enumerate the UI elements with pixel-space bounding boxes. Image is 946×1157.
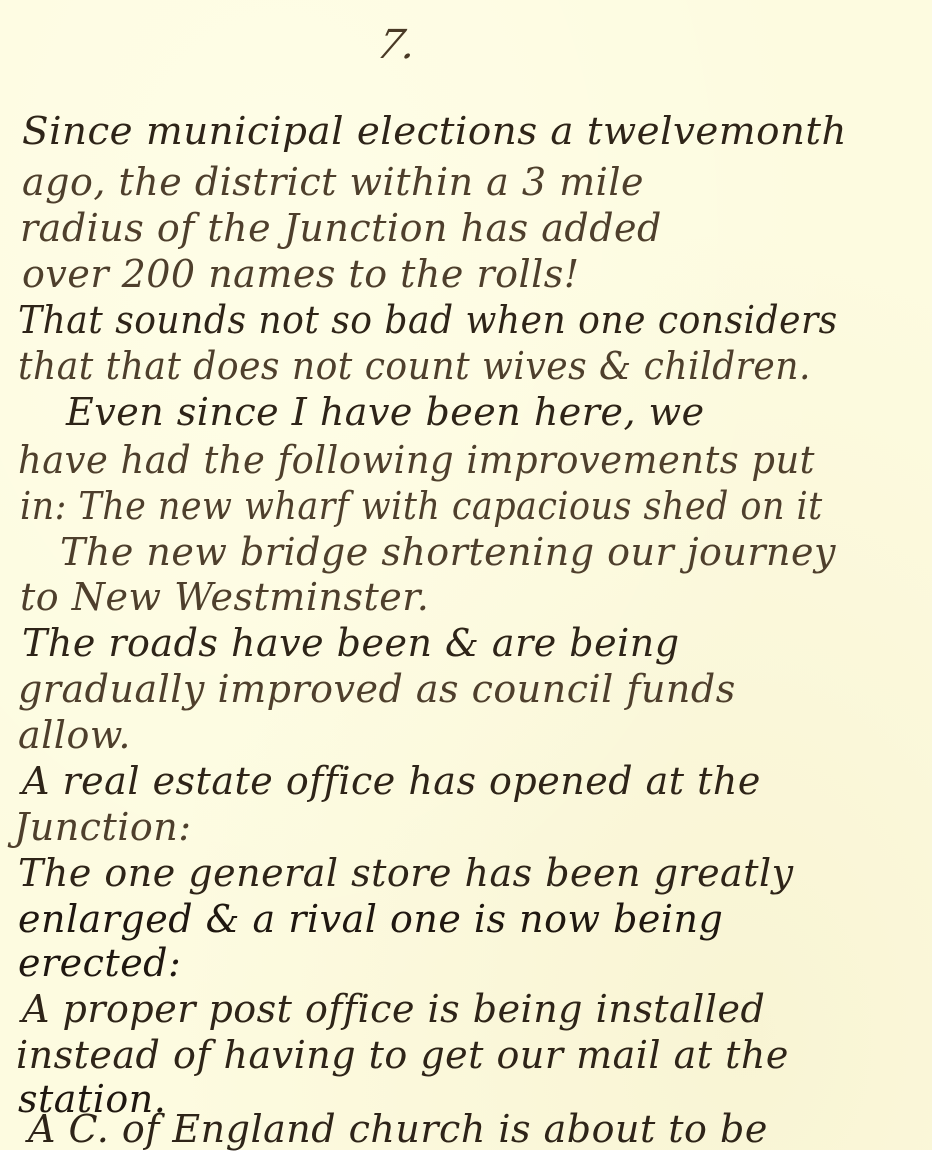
text-line: allow. bbox=[18, 716, 131, 754]
page-number: 7. bbox=[372, 22, 422, 68]
text-line: that that does not count wives & childre… bbox=[18, 347, 811, 385]
text-line: enlarged & a rival one is now being bbox=[18, 900, 723, 938]
letter-page: 7. Since municipal elections a twelvemon… bbox=[0, 0, 932, 1150]
text-line: ago, the district within a 3 mile bbox=[22, 163, 644, 201]
text-line: instead of having to get our mail at the bbox=[16, 1036, 789, 1074]
text-line: A proper post office is being installed bbox=[22, 990, 765, 1028]
text-line: radius of the Junction has added bbox=[20, 209, 662, 247]
text-line: The new bridge shortening our journey bbox=[60, 533, 836, 571]
text-line: Junction: bbox=[14, 808, 192, 846]
text-line: That sounds not so bad when one consider… bbox=[18, 301, 838, 339]
text-line: gradually improved as council funds bbox=[18, 670, 736, 708]
text-line: over 200 names to the rolls! bbox=[22, 255, 580, 293]
text-line: A real estate office has opened at the bbox=[22, 762, 761, 800]
text-line: Even since I have been here, we bbox=[66, 393, 705, 431]
text-line: erected: bbox=[18, 944, 181, 982]
text-line: Since municipal elections a twelvemonth bbox=[22, 112, 847, 150]
text-line: in: The new wharf with capacious shed on… bbox=[20, 487, 823, 525]
text-line: have had the following improvements put bbox=[18, 441, 815, 479]
text-line: The one general store has been greatly bbox=[18, 854, 794, 892]
text-line: The roads have been & are being bbox=[22, 624, 680, 662]
text-line: to New Westminster. bbox=[20, 578, 429, 616]
text-line: A C. of England church is about to be bbox=[28, 1110, 768, 1148]
